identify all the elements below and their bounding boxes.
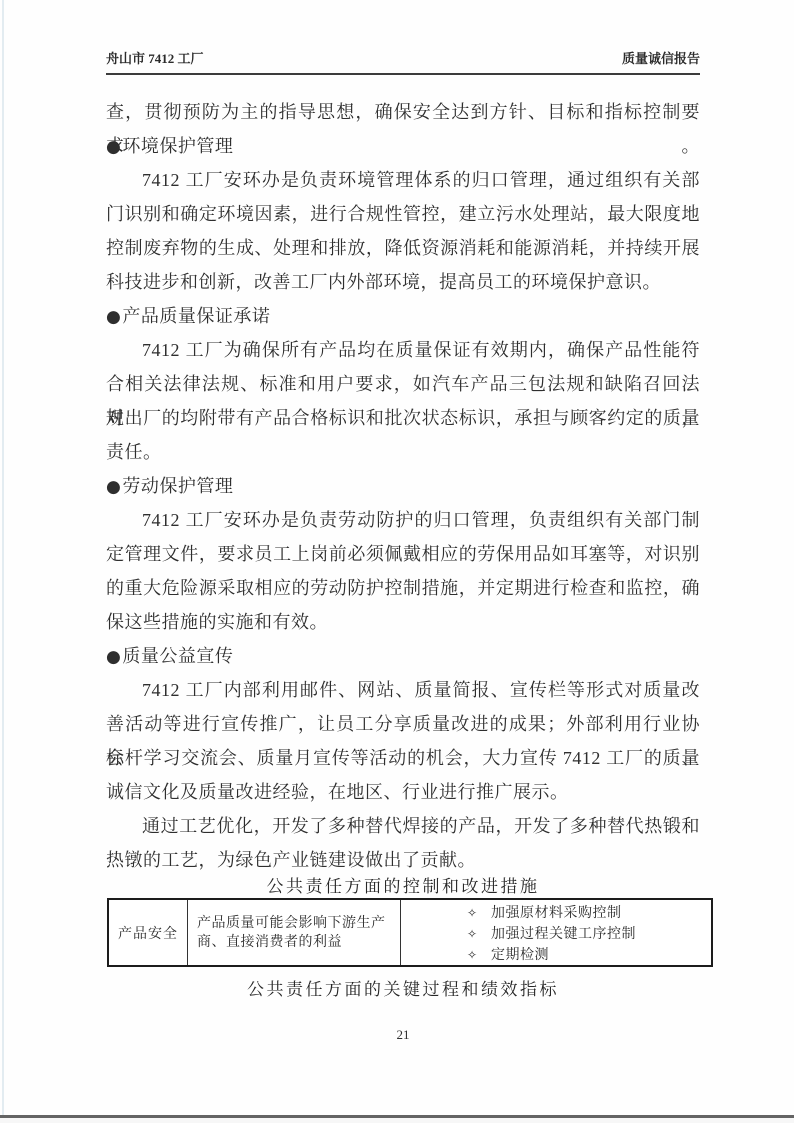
body-line: 对出厂的均附带有产品合格标识和批次状态标识，承担与顾客约定的质量 [106,401,700,435]
body-line: 责任。 [106,435,700,469]
bullet-icon: ● [106,137,121,157]
table-title: 公共责任方面的控制和改进措施 [106,877,700,897]
impact-line: 商、直接消费者的利益 [197,933,400,952]
header-report-title: 质量诚信报告 [622,48,700,67]
section-heading-quality-promise: ●产品质量保证承诺 [106,299,700,333]
bullet-icon: ● [106,477,121,497]
body-line: 合相关法律法规、标准和用户要求，如汽车产品三包法规和缺陷召回法规， [106,367,700,401]
body-line: 保这些措施的实施和有效。 [106,605,700,639]
body-line: 科技进步和创新，改善工厂内外部环境，提高员工的环境保护意识。 [106,265,700,299]
section-title: 质量公益宣传 [122,646,233,666]
diamond-bullet-icon: ✧ [467,945,491,966]
table-cell-measures: ✧加强原材料采购控制 ✧加强过程关键工序控制 ✧定期检测 [400,900,711,965]
body-line: 的重大危险源采取相应的劳动防护控制措施，并定期进行检查和监控，确 [106,571,700,605]
body-line: 7412 工厂安环办是负责环境管理体系的归口管理，通过组织有关部 [106,163,700,197]
table-cell-category: 产品安全 [109,900,187,965]
section-title: 环境保护管理 [122,136,233,156]
section-title: 产品质量保证承诺 [122,306,270,326]
footer-section-title: 公共责任方面的关键过程和绩效指标 [106,980,700,1000]
body-line: 门识别和确定环境因素，进行合规性管控，建立污水处理站，最大限度地 [106,197,700,231]
public-responsibility-table: 产品安全 产品质量可能会影响下游生产 商、直接消费者的利益 ✧加强原材料采购控制… [107,898,713,967]
measure-item: ✧加强过程关键工序控制 [467,924,711,945]
section-heading-labor-protection: ●劳动保护管理 [106,469,700,503]
measure-text: 加强过程关键工序控制 [491,927,636,942]
page-number: 21 [106,1027,700,1043]
body-line: 善活动等进行宣传推广，让员工分享质量改进的成果；外部利用行业协会、 [106,707,700,741]
page-header: 舟山市 7412 工厂 质量诚信报告 [106,48,700,75]
header-company: 舟山市 7412 工厂 [106,48,204,67]
measure-text: 加强原材料采购控制 [491,906,622,921]
document-body: 查，贯彻预防为主的指导思想，确保安全达到方针、目标和指标控制要求。 ●环境保护管… [106,95,700,877]
body-line: 热镦的工艺，为绿色产业链建设做出了贡献。 [106,843,700,877]
document-page: 舟山市 7412 工厂 质量诚信报告 查，贯彻预防为主的指导思想，确保安全达到方… [0,0,794,1123]
bullet-icon: ● [106,307,121,327]
measure-item: ✧定期检测 [467,945,711,966]
body-line: 7412 工厂为确保所有产品均在质量保证有效期内，确保产品性能符 [106,333,700,367]
scan-left-edge [2,0,4,1123]
body-line: 定管理文件，要求员工上岗前必须佩戴相应的劳保用品如耳塞等，对识别 [106,537,700,571]
bullet-icon: ● [106,647,121,667]
body-line: 诚信文化及质量改进经验，在地区、行业进行推广展示。 [106,775,700,809]
diamond-bullet-icon: ✧ [467,924,491,945]
body-line: 7412 工厂安环办是负责劳动防护的归口管理，负责组织有关部门制 [106,503,700,537]
section-title: 劳动保护管理 [122,476,233,496]
table-cell-impact: 产品质量可能会影响下游生产 商、直接消费者的利益 [187,900,400,965]
measure-item: ✧加强原材料采购控制 [467,903,711,924]
body-line: 标杆学习交流会、质量月宣传等活动的机会，大力宣传 7412 工厂的质量 [106,741,700,775]
body-line: 控制废弃物的生成、处理和排放，降低资源消耗和能源消耗，并持续开展 [106,231,700,265]
body-line: 7412 工厂内部利用邮件、网站、质量简报、宣传栏等形式对质量改 [106,673,700,707]
diamond-bullet-icon: ✧ [467,903,491,924]
body-line: 通过工艺优化，开发了多种替代焊接的产品，开发了多种替代热锻和 [106,809,700,843]
measure-text: 定期检测 [491,948,549,963]
body-line: 查，贯彻预防为主的指导思想，确保安全达到方针、目标和指标控制要求。 [106,95,700,129]
scan-below-edge [0,1118,794,1123]
impact-line: 产品质量可能会影响下游生产 [197,914,400,933]
section-heading-public-promotion: ●质量公益宣传 [106,639,700,673]
